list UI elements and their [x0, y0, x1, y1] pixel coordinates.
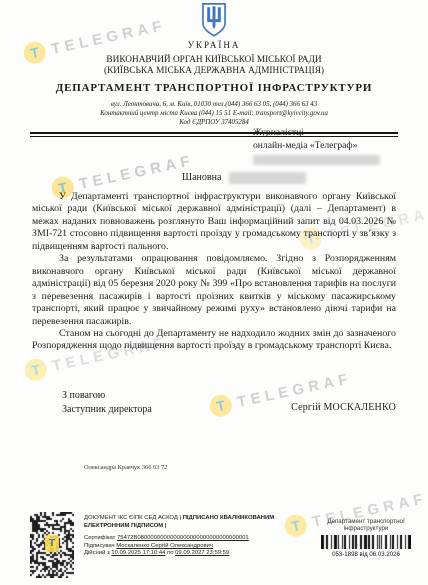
signature-stamp: T ДОКУМЕНТ ІКС ЄІПК СЕД АСКОД | ПІДПИСАН… [0, 510, 428, 585]
org-name-line2: (КИЇВСЬКА МІСЬКА ДЕРЖАВНА АДМІНІСТРАЦІЯ) [30, 66, 398, 77]
doc-number: 053-1898 від 06.03.2026 [316, 551, 416, 558]
body-paragraph-1: У Департаменті транспортної інфраструкту… [32, 191, 396, 253]
telegraf-logo-icon: T [23, 357, 49, 383]
body-paragraph-3: Станом на сьогодні до Департаменту не на… [32, 328, 396, 353]
validity-line: Дійсний з 10.09.2025 17:10:44 по 09.09.2… [84, 550, 316, 558]
address-line2: Контактний центр міста Києва (044) 15 51… [30, 109, 398, 118]
salutation: Шановна [182, 172, 221, 183]
department-name: ДЕПАРТАМЕНТ ТРАНСПОРТНОЇ ІНФРАСТРУКТУРИ [30, 82, 398, 94]
certificate-line: Сертифікат 75472B08000000000000000000000… [84, 535, 316, 543]
signer-name: Сергій МОСКАЛЕНКО [291, 402, 396, 413]
valid-to-label: по [165, 550, 175, 556]
qr-center-emblem-icon: T [45, 535, 59, 552]
validity-label: Дійсний з [84, 550, 111, 556]
redacted-recipient-name [253, 155, 380, 165]
stamp-dept-line1: Департамент транспортної [316, 518, 416, 525]
stamp-right-block: Департамент транспортної інфраструктури … [316, 518, 416, 558]
closing-block: З повагою Заступник директора [62, 389, 152, 416]
signer-title: Заступник директора [62, 403, 152, 417]
barcode [321, 535, 411, 549]
address-line3: Код ЄДРПОУ 37405284 [30, 118, 398, 127]
certificate-value: 75472B0800000000000000000000000000000001 [117, 535, 249, 541]
country-name: УКРАЇНА [30, 40, 398, 50]
certificate-label: Сертифікат [84, 535, 117, 541]
watermark-text: TELEGRAF [78, 152, 196, 193]
letter-page: TTELEGRAFTTELEGRAFTTELEGRAFTTELEGRAFTTEL… [0, 0, 428, 585]
valid-to: 09.09.2027 23:59:59 [175, 550, 229, 556]
stamp-text-block: ДОКУМЕНТ ІКС ЄІПК СЕД АСКОД | ПІДПИСАНО … [84, 515, 316, 558]
ukraine-trident-icon [201, 3, 227, 37]
recipient-block: Журналістці онлайн-медіа «Телеграф» [253, 127, 380, 165]
recipient-line1: Журналістці [253, 127, 380, 140]
redacted-addressee-name [229, 172, 306, 184]
contact-person: Олександра Кравчук 366 63 72 [84, 464, 167, 471]
telegraf-logo-icon: T [208, 393, 234, 419]
letterhead: УКРАЇНА ВИКОНАВЧИЙ ОРГАН КИЇВСЬКОЇ МІСЬК… [30, 3, 398, 137]
doc-system-line: ДОКУМЕНТ ІКС ЄІПК СЕД АСКОД | ПІДПИСАНО … [84, 515, 316, 530]
address-line1: вул. Леонтовича, 6, м. Київ, 01030 тел.(… [30, 100, 398, 109]
recipient-line2: онлайн-медіа «Телеграф» [253, 140, 380, 153]
letter-body: У Департаменті транспортної інфраструкту… [32, 191, 396, 353]
signer-label: Підписувач [84, 543, 116, 549]
closing-phrase: З повагою [62, 389, 152, 403]
body-paragraph-2: За результатами опрацювання повідомляємо… [32, 253, 396, 328]
signer-value: Москаленко Сергій Олександрович [116, 543, 213, 549]
doc-system-label: ДОКУМЕНТ ІКС ЄІПК СЕД АСКОД | [84, 515, 183, 521]
org-name-line1: ВИКОНАВЧИЙ ОРГАН КИЇВСЬКОЇ МІСЬКОЇ РАДИ [30, 55, 398, 66]
stamp-dept-line2: інфраструктури [316, 525, 416, 532]
valid-from: 10.09.2025 17:10:44 [111, 550, 165, 556]
